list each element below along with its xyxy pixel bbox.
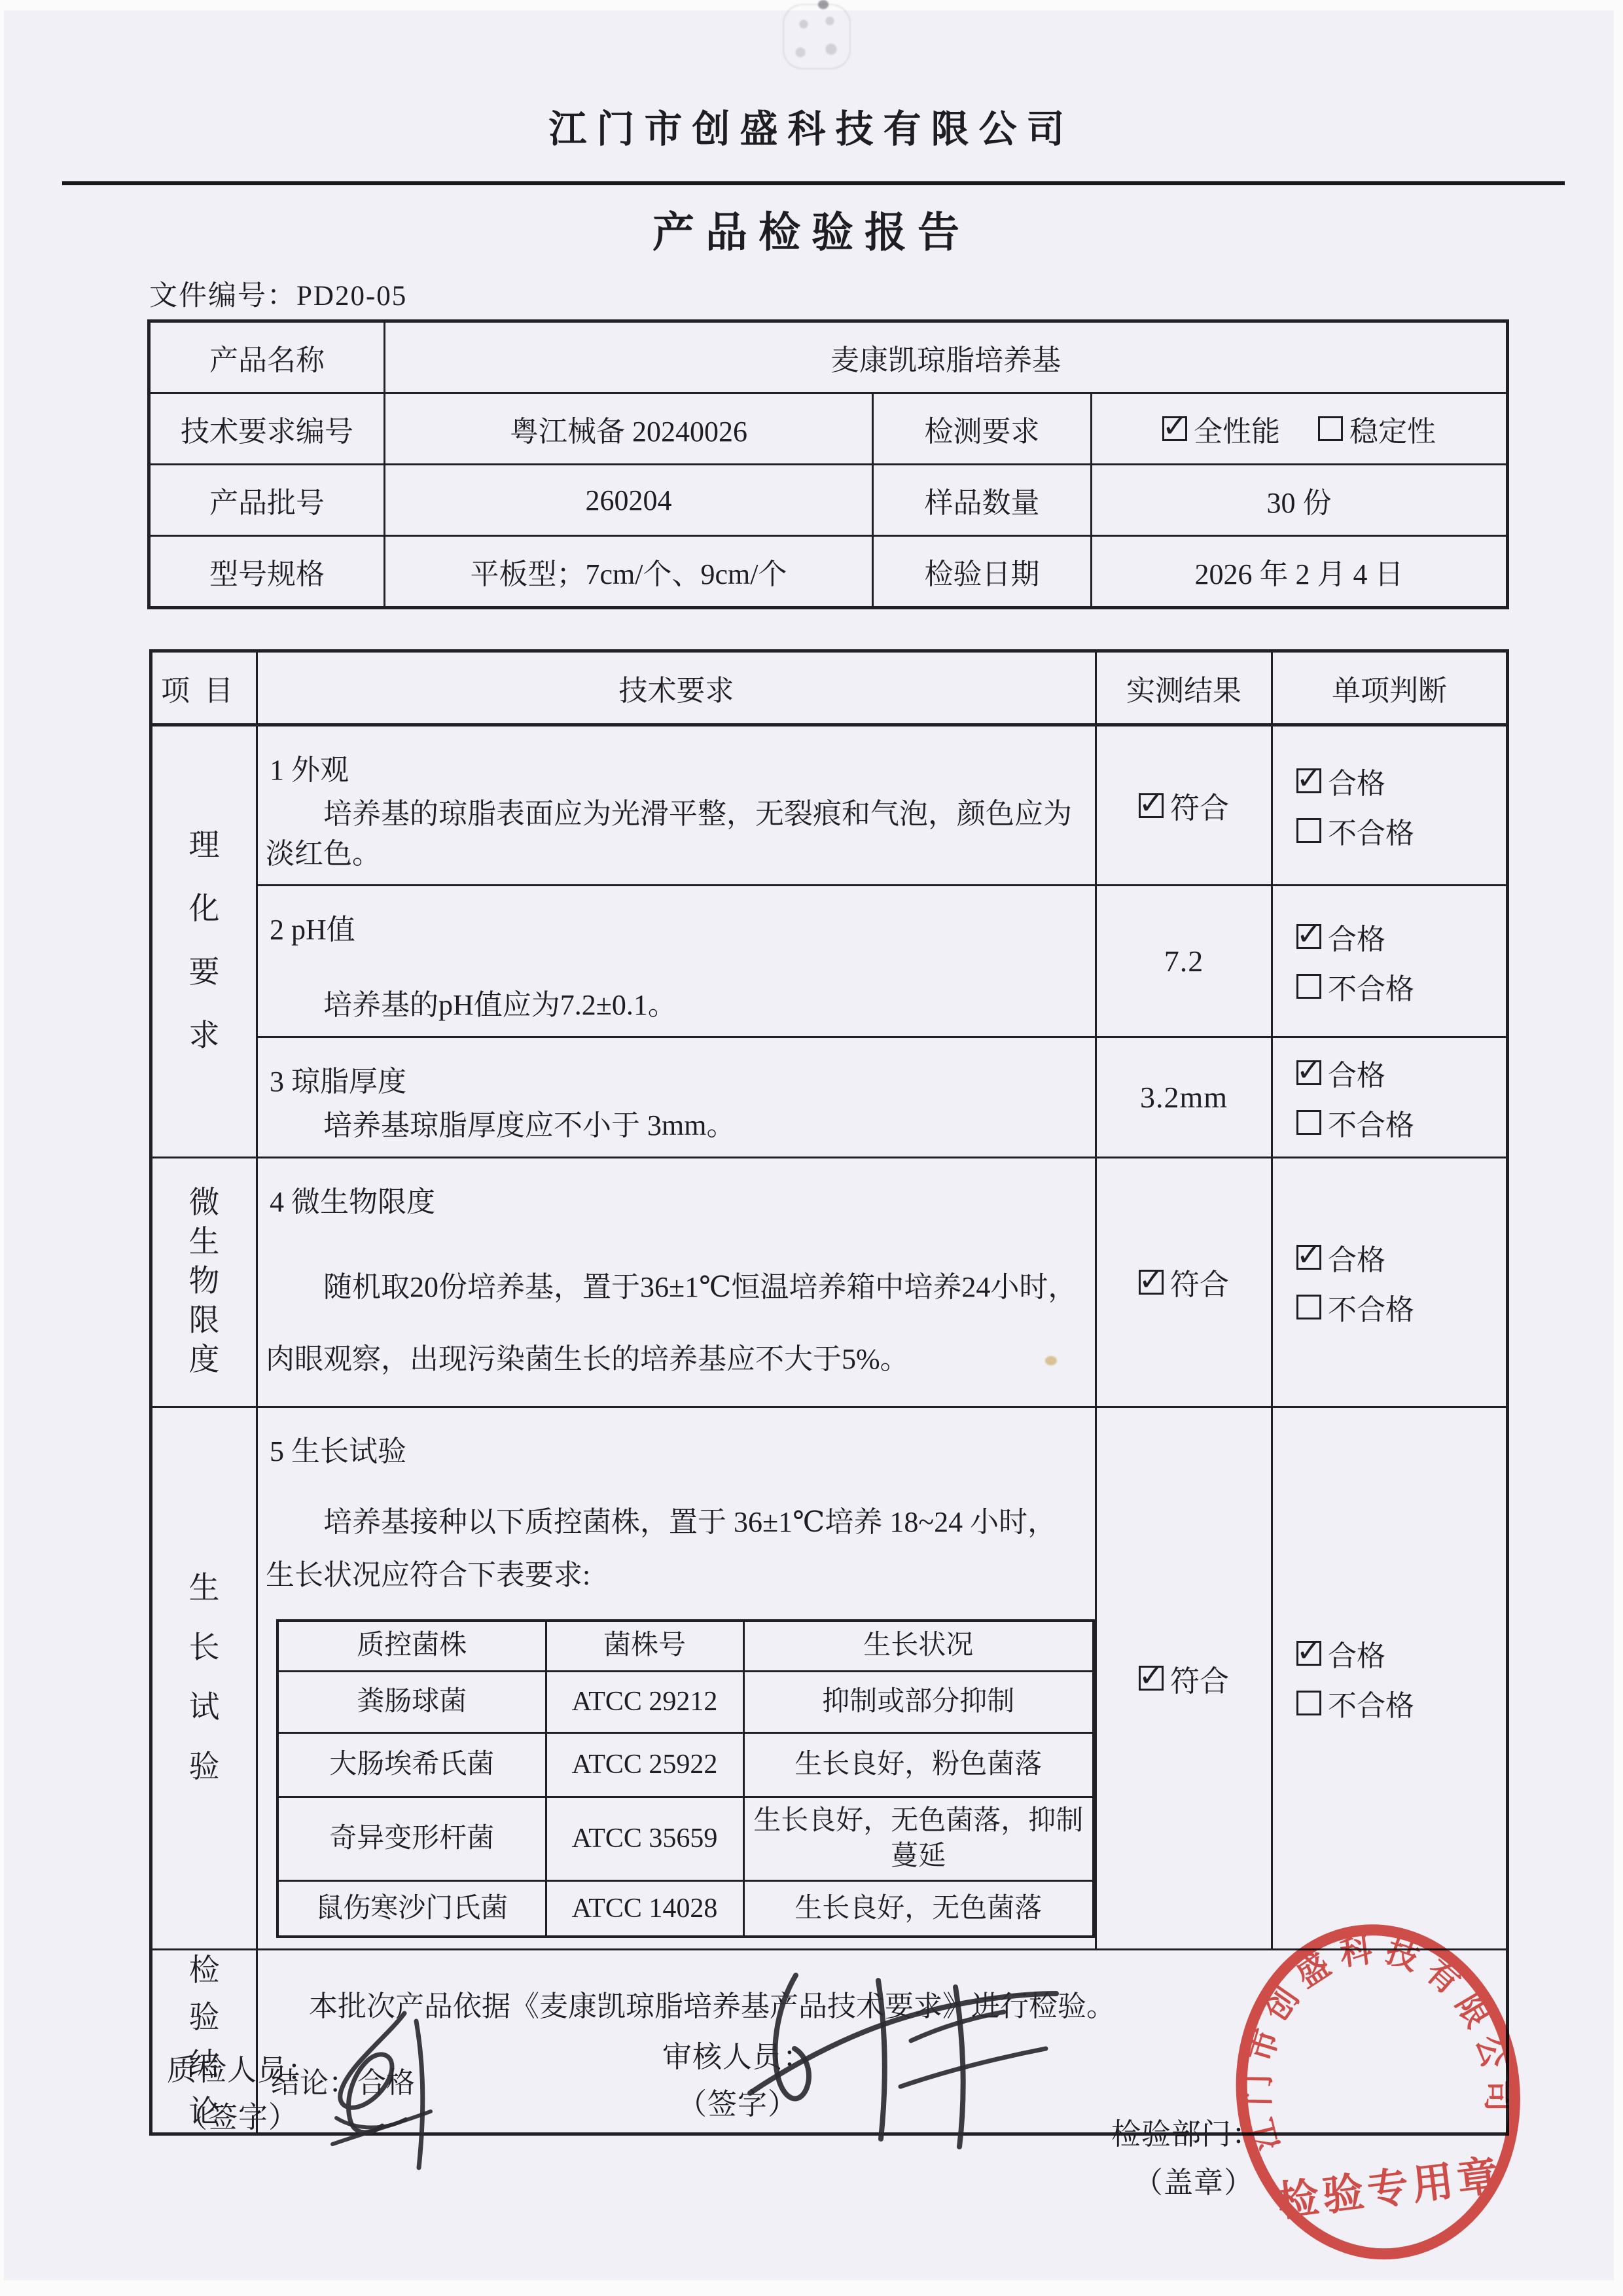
- checkbox-full-performance: ✓全性能: [1162, 408, 1280, 450]
- judgement-cell: ✓合格 不合格: [1272, 1037, 1508, 1158]
- strain-row: 大肠埃希氏菌 ATCC 25922 生长良好，粉色菌落: [277, 1732, 1094, 1797]
- checked-checkbox-icon: ✓: [1296, 1641, 1321, 1666]
- field-label: 检测要求: [873, 393, 1092, 465]
- requirement-cell: 1 外观 培养基的琼脂表面应为光滑平整，无裂痕和气泡，颜色应为淡红色。: [257, 725, 1096, 886]
- group-microbial: 微生物限度: [151, 1157, 257, 1407]
- judgement-cell: ✓合格 不合格: [1272, 1157, 1508, 1407]
- product-info-table: 产品名称 麦康凯琼脂培养基 技术要求编号 粤江械备 20240026 检测要求 …: [147, 319, 1509, 609]
- result-cell: ✓符合: [1096, 725, 1272, 886]
- field-label: 产品名称: [149, 321, 385, 393]
- seal-company-text: 江门市创盛科技有限公司: [1221, 1917, 1522, 2155]
- group-physchem: 理化要求: [151, 725, 257, 1158]
- company-name: 江门市创盛科技有限公司: [0, 98, 1623, 153]
- scan-speck: [818, 0, 829, 9]
- empty-checkbox-icon: [1318, 416, 1343, 441]
- column-header-requirement: 技术要求: [257, 651, 1096, 725]
- header-rule: [62, 181, 1565, 185]
- result-cell: 3.2mm: [1096, 1037, 1272, 1158]
- field-label: 检验日期: [873, 536, 1092, 608]
- row-microbial-limit: 微生物限度 4 微生物限度 随机取20份培养基，置于36±1℃恒温培养箱中培养2…: [151, 1157, 1508, 1407]
- growth-table-header: 质控菌株 菌株号 生长状况: [277, 1621, 1094, 1672]
- empty-checkbox-icon: [1296, 1295, 1321, 1319]
- field-label: 产品批号: [149, 465, 385, 536]
- field-label: 型号规格: [149, 536, 385, 608]
- field-label: 样品数量: [873, 465, 1092, 536]
- result-cell: 7.2: [1096, 886, 1272, 1037]
- row-appearance: 理化要求 1 外观 培养基的琼脂表面应为光滑平整，无裂痕和气泡，颜色应为淡红色。…: [151, 725, 1508, 886]
- sample-qty-value: 30 份: [1092, 465, 1508, 536]
- checked-checkbox-icon: ✓: [1296, 768, 1321, 793]
- requirement-cell: 4 微生物限度 随机取20份培养基，置于36±1℃恒温培养箱中培养24小时，肉眼…: [257, 1157, 1096, 1407]
- requirement-cell: 2 pH值 培养基的pH值应为7.2±0.1。: [257, 886, 1096, 1037]
- batch-no-value: 260204: [385, 465, 873, 536]
- requirement-cell: 5 生长试验 培养基接种以下质控菌株，置于 36±1℃培养 18~24 小时，生…: [257, 1407, 1096, 1949]
- dept-stamp-label: （盖章）: [1133, 2159, 1254, 2201]
- result-cell: ✓符合: [1096, 1157, 1272, 1407]
- checked-checkbox-icon: ✓: [1162, 416, 1187, 441]
- empty-checkbox-icon: [1296, 974, 1321, 999]
- column-header-judgement: 单项判断: [1272, 651, 1508, 725]
- inspection-date-value: 2026 年 2 月 4 日: [1092, 536, 1508, 608]
- checkbox-label: 稳定性: [1349, 408, 1436, 450]
- empty-checkbox-icon: [1296, 1110, 1321, 1135]
- strain-row: 鼠伤寒沙门氏菌 ATCC 14028 生长良好，无色菌落: [277, 1880, 1094, 1937]
- doc-number-value: PD20-05: [296, 281, 407, 312]
- report-page: 江门市创盛科技有限公司 产品检验报告 文件编号：PD20-05 产品名称 麦康凯…: [0, 0, 1623, 2296]
- checkbox-label: 全性能: [1194, 408, 1280, 450]
- doc-number: 文件编号：PD20-05: [149, 274, 407, 314]
- group-growth: 生长试验: [151, 1407, 257, 1949]
- row-agar-thickness: 3 琼脂厚度 培养基琼脂厚度应不小于 3mm。 3.2mm ✓合格 不合格: [151, 1037, 1508, 1158]
- checked-checkbox-icon: ✓: [1139, 1666, 1164, 1691]
- strain-row: 奇异变形杆菌 ATCC 35659 生长良好，无色菌落，抑制蔓延: [277, 1797, 1094, 1880]
- scan-smudge: [783, 4, 851, 69]
- doc-number-label: 文件编号：: [149, 281, 296, 312]
- empty-checkbox-icon: [1296, 818, 1321, 843]
- table-header-row: 项目 技术要求 实测结果 单项判断: [151, 651, 1508, 725]
- inspection-result-table: 项目 技术要求 实测结果 单项判断 理化要求 1 外观 培养基的琼脂表面应为光滑…: [149, 649, 1509, 2136]
- model-spec-value: 平板型；7cm/个、9cm/个: [385, 536, 873, 608]
- table-row: 产品批号 260204 样品数量 30 份: [149, 465, 1508, 536]
- checked-checkbox-icon: ✓: [1139, 793, 1164, 818]
- table-row: 型号规格 平板型；7cm/个、9cm/个 检验日期 2026 年 2 月 4 日: [149, 536, 1508, 608]
- checked-checkbox-icon: ✓: [1139, 1270, 1164, 1295]
- qc-signature: [294, 2007, 478, 2177]
- company-seal-stamp: 江门市创盛科技有限公司 检验专用章: [1209, 1899, 1550, 2287]
- checked-checkbox-icon: ✓: [1296, 1060, 1321, 1085]
- column-header-item: 项目: [151, 651, 257, 725]
- row-ph: 2 pH值 培养基的pH值应为7.2±0.1。 7.2 ✓合格 不合格: [151, 886, 1508, 1037]
- field-label: 技术要求编号: [149, 393, 385, 465]
- strain-row: 粪肠球菌 ATCC 29212 抑制或部分抑制: [277, 1671, 1094, 1732]
- growth-strain-table: 质控菌株 菌株号 生长状况 粪肠球菌 ATCC 29212 抑制或部分抑制 大肠…: [276, 1619, 1095, 1939]
- judgement-cell: ✓合格 不合格: [1272, 725, 1508, 886]
- judgement-cell: ✓合格 不合格: [1272, 886, 1508, 1037]
- empty-checkbox-icon: [1296, 1691, 1321, 1715]
- table-row: 技术要求编号 粤江械备 20240026 检测要求 ✓全性能 稳定性: [149, 393, 1508, 465]
- checked-checkbox-icon: ✓: [1296, 1245, 1321, 1270]
- tech-req-no-value: 粤江械备 20240026: [385, 393, 873, 465]
- column-header-result: 实测结果: [1096, 651, 1272, 725]
- test-requirement-options: ✓全性能 稳定性: [1092, 393, 1508, 465]
- requirement-cell: 3 琼脂厚度 培养基琼脂厚度应不小于 3mm。: [257, 1037, 1096, 1158]
- reviewer-signature: [740, 1965, 1067, 2161]
- page-title: 产品检验报告: [0, 199, 1623, 259]
- checkbox-stability: 稳定性: [1318, 408, 1436, 450]
- result-cell: ✓符合: [1096, 1407, 1272, 1949]
- checked-checkbox-icon: ✓: [1296, 924, 1321, 949]
- qc-sign-label: （签字）: [178, 2093, 298, 2136]
- product-name-value: 麦康凯琼脂培养基: [385, 321, 1508, 393]
- judgement-cell: ✓合格 不合格: [1272, 1407, 1508, 1949]
- row-growth-test: 生长试验 5 生长试验 培养基接种以下质控菌株，置于 36±1℃培养 18~24…: [151, 1407, 1508, 1949]
- table-row: 产品名称 麦康凯琼脂培养基: [149, 321, 1508, 393]
